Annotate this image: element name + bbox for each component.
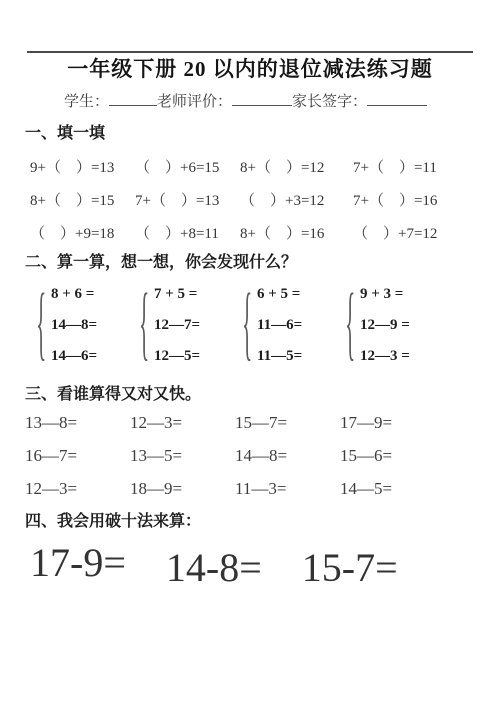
section4-row: 17-9= 14-8= 15-7= <box>0 539 500 591</box>
group-equations: 7 + 5 = 12—7= 12—5= <box>154 279 200 372</box>
equation: 15-7= <box>302 544 398 591</box>
top-rule <box>27 51 473 53</box>
equation: 11—5= <box>257 341 302 372</box>
equation: 9+（ ）=13 <box>30 156 135 177</box>
section4-heading: 四、我会用破十法来算： <box>0 512 500 532</box>
equation: 7+（ ）=16 <box>353 189 500 210</box>
equation: （ ）+7=12 <box>353 222 500 243</box>
equation: 14—6= <box>51 341 97 372</box>
equation: 12—7= <box>154 310 200 341</box>
equation: 7+（ ）=11 <box>353 156 500 177</box>
section1-row: （ ）+9=18 （ ）+8=11 8+（ ）=16 （ ）+7=12 <box>0 222 500 243</box>
equation: 14-8= <box>166 544 262 591</box>
equation: 15—7= <box>235 413 340 433</box>
section3-row: 12—3= 18—9= 11—3= 14—5= <box>0 479 500 499</box>
equation: 16—7= <box>25 446 130 466</box>
parent-sign-label: 家长签字： <box>292 94 367 110</box>
equation: 8+（ ）=16 <box>240 222 353 243</box>
student-name-blank <box>109 90 157 106</box>
section3-row: 13—8= 12—3= 15—7= 17—9= <box>0 413 500 433</box>
section3-heading: 三、看谁算得又对又快。 <box>0 385 500 405</box>
equation: 8+（ ）=12 <box>240 156 353 177</box>
equation: 12—3= <box>25 479 130 499</box>
parent-sign-blank <box>367 90 427 106</box>
worksheet-content: 一年级下册 20 以内的退位减法练习题 学生：老师评价：家长签字： 一、填一填 … <box>0 0 500 591</box>
equation: 13—8= <box>25 413 130 433</box>
equation: 14—8= <box>51 310 97 341</box>
equation: 6 + 5 = <box>257 279 302 310</box>
equation: 8+（ ）=15 <box>30 189 135 210</box>
equation: 14—8= <box>235 446 340 466</box>
group-equations: 6 + 5 = 11—6= 11—5= <box>257 279 302 372</box>
equation: 13—5= <box>130 446 235 466</box>
equation: （ ）+3=12 <box>240 189 353 210</box>
equation: （ ）+8=11 <box>135 222 240 243</box>
page-title: 一年级下册 20 以内的退位减法练习题 <box>0 55 500 83</box>
equation-group: { 9 + 3 = 12—9 = 12—3 = <box>343 281 410 369</box>
section2-heading: 二、算一算，想一想，你会发现什么？ <box>0 253 500 273</box>
left-brace-icon: { <box>345 284 355 367</box>
teacher-eval-blank <box>232 90 292 106</box>
equation: 17-9= <box>30 539 126 591</box>
equation: （ ）+6=15 <box>135 156 240 177</box>
section2-groups: { 8 + 6 = 14—8= 14—6= { 7 + 5 = 12—7= 12… <box>0 281 500 369</box>
section1-heading: 一、填一填 <box>0 124 500 144</box>
equation: 8 + 6 = <box>51 279 97 310</box>
equation-group: { 6 + 5 = 11—6= 11—5= <box>240 281 343 369</box>
left-brace-icon: { <box>36 284 46 367</box>
equation: 18—9= <box>130 479 235 499</box>
equation: （ ）+9=18 <box>30 222 135 243</box>
left-brace-icon: { <box>139 284 149 367</box>
equation: 12—9 = <box>360 310 410 341</box>
equation-group: { 7 + 5 = 12—7= 12—5= <box>137 281 240 369</box>
teacher-eval-label: 老师评价： <box>157 94 232 110</box>
equation: 7 + 5 = <box>154 279 200 310</box>
equation: 15—6= <box>340 446 500 466</box>
equation: 9 + 3 = <box>360 279 410 310</box>
equation: 12—3 = <box>360 341 410 372</box>
equation: 11—3= <box>235 479 340 499</box>
equation: 7+（ ）=13 <box>135 189 240 210</box>
section1-row: 9+（ ）=13 （ ）+6=15 8+（ ）=12 7+（ ）=11 <box>0 156 500 177</box>
section1-row: 8+（ ）=15 7+（ ）=13 （ ）+3=12 7+（ ）=16 <box>0 189 500 210</box>
equation: 11—6= <box>257 310 302 341</box>
equation: 17—9= <box>340 413 500 433</box>
equation-group: { 8 + 6 = 14—8= 14—6= <box>34 281 137 369</box>
group-equations: 8 + 6 = 14—8= 14—6= <box>51 279 97 372</box>
equation: 12—5= <box>154 341 200 372</box>
left-brace-icon: { <box>242 284 252 367</box>
section3-row: 16—7= 13—5= 14—8= 15—6= <box>0 446 500 466</box>
info-line: 学生：老师评价：家长签字： <box>0 90 500 111</box>
equation: 14—5= <box>340 479 500 499</box>
equation: 12—3= <box>130 413 235 433</box>
group-equations: 9 + 3 = 12—9 = 12—3 = <box>360 279 410 372</box>
worksheet-page: 一年级下册 20 以内的退位减法练习题 学生：老师评价：家长签字： 一、填一填 … <box>0 0 500 706</box>
student-label: 学生： <box>64 94 109 110</box>
